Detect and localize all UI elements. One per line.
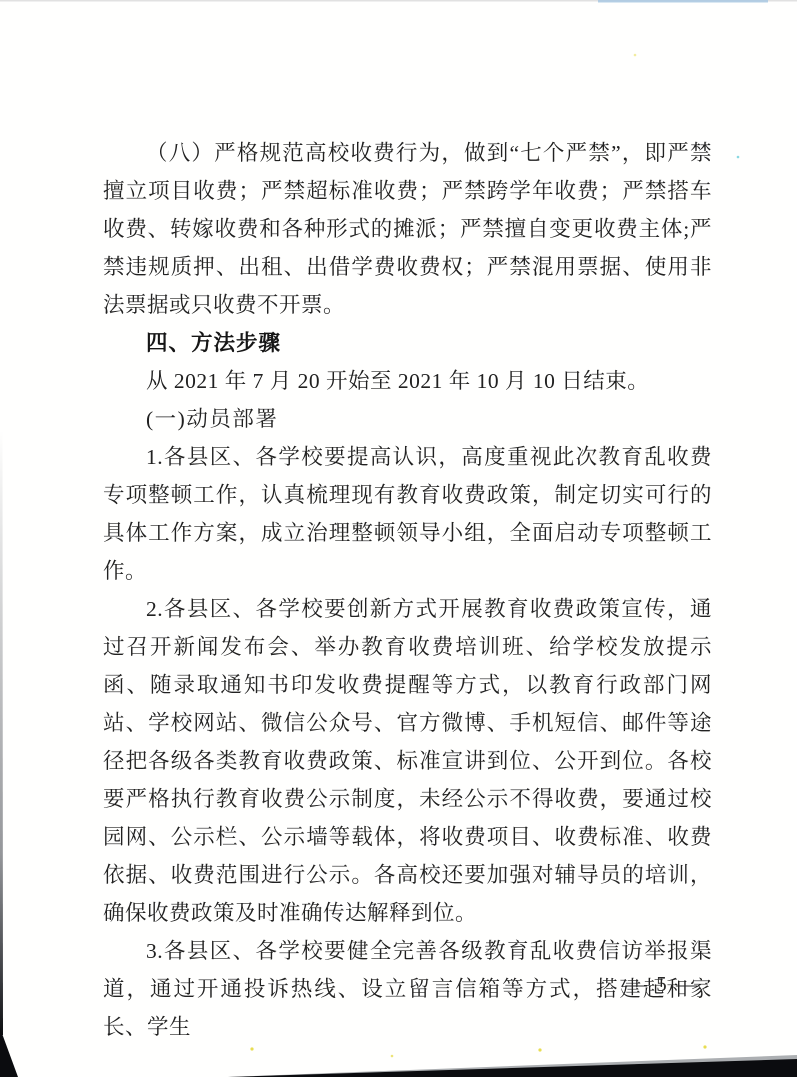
scan-bottom-wedge: [228, 1059, 797, 1077]
document-body: （八）严格规范高校收费行为，做到“七个严禁”，即严禁擅立项目收费；严禁超标准收费…: [103, 134, 712, 1046]
scan-left-edge-shadow: [0, 430, 3, 1035]
subsection-heading-mobilization: (一)动员部署: [103, 400, 712, 438]
scan-top-edge-line: [0, 0, 797, 2]
section-heading-methods: 四、方法步骤: [103, 324, 712, 362]
scan-yellow-speck: [634, 54, 637, 57]
scan-bottom-wedge-soft-edge: [228, 1055, 797, 1077]
page-number: — 5 —: [626, 972, 699, 997]
scan-yellow-speck: [391, 1055, 394, 1058]
paragraph-item-eight: （八）严格规范高校收费行为，做到“七个严禁”，即严禁擅立项目收费；严禁超标准收费…: [103, 134, 712, 324]
timeline-sentence: 从 2021 年 7 月 20 开始至 2021 年 10 月 10 日结束。: [103, 362, 712, 400]
scan-top-blue-mark: [598, 0, 768, 3]
scan-bottom-left-corner: [0, 1028, 18, 1077]
paragraph-point-1: 1.各县区、各学校要提高认识，高度重视此次教育乱收费专项整顿工作，认真梳理现有教…: [103, 438, 712, 590]
scanned-document-page: （八）严格规范高校收费行为，做到“七个严禁”，即严禁擅立项目收费；严禁超标准收费…: [0, 0, 797, 1077]
scan-yellow-speck: [538, 1048, 541, 1051]
paragraph-point-2: 2.各县区、各学校要创新方式开展教育收费政策宣传，通过召开新闻发布会、举办教育收…: [103, 590, 712, 932]
paragraph-point-3: 3.各县区、各学校要健全完善各级教育乱收费信访举报渠道，通过开通投诉热线、设立留…: [103, 932, 712, 1046]
scan-cyan-speck: [737, 156, 740, 159]
scan-yellow-speck: [250, 1047, 253, 1050]
